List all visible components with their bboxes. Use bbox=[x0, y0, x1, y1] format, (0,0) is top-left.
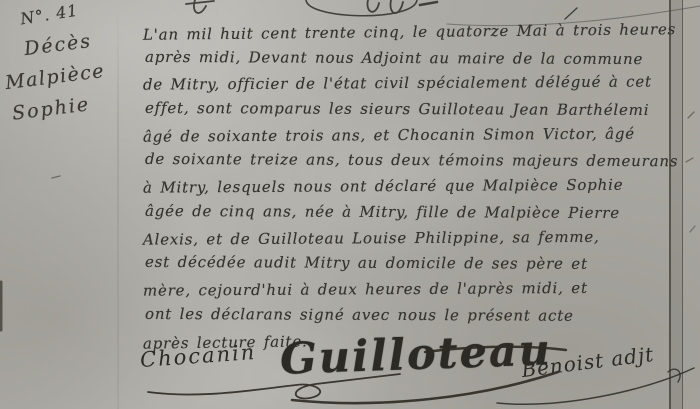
act-line-7: à Mitry, lesquels nous ont déclaré que M… bbox=[143, 176, 667, 205]
margin-act-type: Décès bbox=[23, 30, 93, 60]
paper-crease bbox=[117, 0, 119, 409]
act-line-6: de soixante treize ans, tous deux témoin… bbox=[145, 150, 669, 178]
act-line-11: mère, cejourd'hui à deux heures de l'apr… bbox=[143, 278, 667, 307]
margin-mark-3 bbox=[690, 226, 695, 232]
signature-guilloteau: Guilloteau bbox=[279, 325, 553, 384]
margin-mark-2 bbox=[686, 158, 693, 162]
stroke-remnant-left bbox=[194, 0, 206, 13]
register-margin-rule bbox=[669, 0, 683, 409]
flourish-oval bbox=[306, 0, 417, 16]
stroke-dash bbox=[420, 2, 437, 5]
paper-speck bbox=[52, 176, 60, 178]
act-line-5: âgé de soixante trois ans, et Chocanin S… bbox=[143, 124, 667, 153]
act-line-2: après midi, Devant nous Adjoint au maire… bbox=[145, 48, 669, 76]
stroke-remnant-left-bar bbox=[186, 1, 214, 4]
stroke-tick bbox=[565, 8, 577, 19]
register-page-scan: N°. 41 Décès Malpièce Sophie L'an mil hu… bbox=[0, 0, 700, 409]
act-line-10: est décédée audit Mitry au domicile de s… bbox=[145, 253, 669, 281]
flourish-descender-1 bbox=[367, 0, 379, 12]
margin-given-name: Sophie bbox=[11, 93, 91, 124]
act-line-4: effet, sont comparus les sieurs Guillote… bbox=[145, 99, 669, 127]
act-line-3: de Mitry, officier de l'état civil spéci… bbox=[143, 73, 667, 102]
margin-mark-1 bbox=[688, 112, 694, 118]
act-body: L'an mil huit cent trente cinq, le quato… bbox=[143, 23, 667, 357]
act-line-9: Alexis, et de Guilloteau Louise Philippi… bbox=[143, 227, 667, 256]
flourish-descender-2 bbox=[390, 0, 403, 13]
act-line-1: L'an mil huit cent trente cinq, le quato… bbox=[143, 20, 667, 51]
margin-record-number: N°. 41 bbox=[19, 1, 80, 29]
act-line-8: âgée de cinq ans, née à Mitry, fille de … bbox=[145, 202, 669, 230]
margin-surname: Malpièce bbox=[4, 60, 106, 94]
